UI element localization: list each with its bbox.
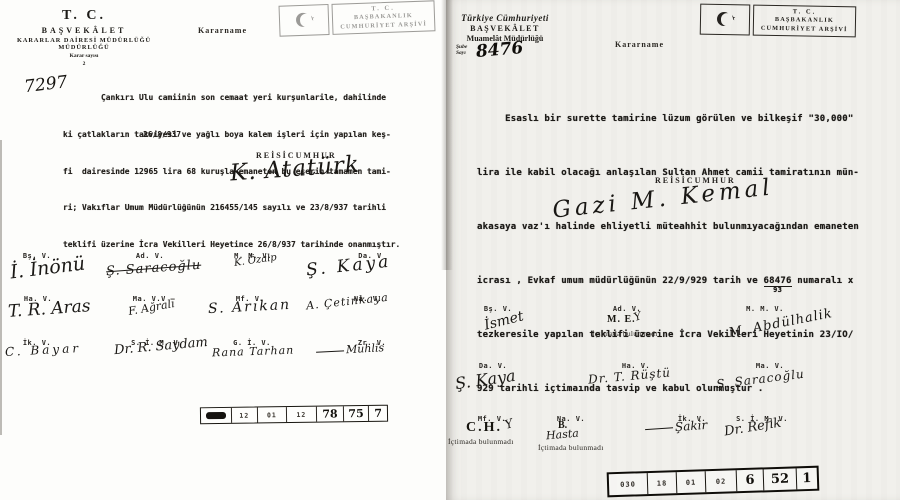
body-line: teklifi üzerine İcra Vekilleri Heyetince… [63, 239, 400, 251]
ink-blob [206, 412, 226, 419]
body-line: Esaslı bir surette tamirine lüzum görüle… [477, 110, 859, 128]
body-line: Çankırı Ulu camiinin son cemaat yeri kur… [63, 92, 400, 104]
strip-cell-handwritten: 52 [764, 468, 798, 490]
body-line: 929 tarihli içtimaında tasvip ve kabul o… [477, 380, 859, 398]
scan-edge-artifact [0, 140, 2, 435]
kararname-heading-right: Kararname [615, 40, 664, 49]
stamp-line2: CUMHURİYET ARŞİVİ [761, 24, 848, 34]
archive-stamp-left: ★ T. C. BAŞBAKANLIK CUMHURİYET ARŞİVİ [279, 0, 436, 36]
registry-strip-left: 12 01 12 78 75 7 [200, 405, 388, 425]
ink-mark [201, 408, 232, 423]
decree-date: 26/8/937 [143, 130, 181, 139]
absence-note: İçtimada bulunmadı [592, 329, 658, 338]
archive-stamp-text: T. C. BAŞBAKANLIK CUMHURİYET ARŞİVİ [331, 0, 435, 34]
karar-sayisi-label: Karar sayısı [8, 53, 160, 59]
strip-cell: 01 [258, 407, 287, 422]
strip-cell: 12 [231, 408, 258, 423]
absence-note: İçtimada bulunmadı [448, 437, 514, 446]
minister-typed-initials: C.H. [466, 420, 502, 436]
letterhead-country: Türkiye Cümhuriyeti [438, 13, 572, 23]
minister-typed-initials: M. E. [607, 314, 636, 325]
reference-number-fraction: 6847693 [764, 272, 792, 290]
strip-cell-handwritten: 78 [317, 406, 344, 421]
minister-title: M. M. V. [725, 305, 805, 313]
minister-title: Bş. V. [458, 305, 538, 313]
letterhead-sub: MÜDÜRLÜĞÜ [8, 44, 160, 51]
right-letterhead: Türkiye Cümhuriyeti BAŞVEKÂLET Muamelât … [438, 13, 572, 56]
line-pre: icrası , Evkaf umum müdürlüğünün 22/9/92… [477, 276, 764, 286]
absence-note: İçtimada bulunmadı [538, 443, 604, 452]
strip-cell: 01 [677, 471, 707, 493]
strip-cell: 030 [609, 473, 649, 495]
body-line: tezkeresile yapılan teklifi üzerine İcra… [477, 326, 859, 344]
strip-cell: 12 [287, 407, 318, 422]
body-line: ki çatlakların takviyesi ve yağlı boya k… [63, 129, 400, 141]
strip-cell: 18 [648, 472, 678, 494]
letterhead-org: BAŞVEKÂLET [438, 24, 572, 33]
sube-sayi-block: Şube Sayı 8476 [438, 44, 572, 56]
kararname-heading-left: Kararname [198, 26, 247, 35]
archive-stamp-text: T. C. BAŞBAKANLIK CUMHURİYET ARŞİVİ [753, 5, 856, 37]
minister-title: Na. V. [531, 415, 611, 423]
strip-cell: 02 [706, 470, 738, 492]
crescent-star-icon: ★ [700, 4, 751, 35]
strip-cell-handwritten: 75 [344, 406, 370, 421]
strip-cell-handwritten: 6 [737, 469, 765, 491]
strip-cell-handwritten: 7 [369, 406, 387, 421]
letterhead-dept: KARARLAR DAİRESİ MÜDÜRLÜĞÜ [8, 37, 160, 44]
strip-cell-handwritten: 1 [797, 468, 818, 490]
body-line: akasaya vaz'ı halinde ehliyetli müteahhi… [477, 218, 859, 236]
letterhead-tc: T. C. [8, 8, 160, 24]
body-line: ri; Vakıflar Umum Müdürlüğünün 216455/14… [63, 202, 400, 214]
fraction-bottom: 93 [773, 281, 782, 299]
body-line-with-fraction: icrası , Evkaf umum müdürlüğünün 22/9/92… [477, 272, 859, 290]
handwritten-file-number: 8476 [475, 38, 524, 62]
minister-title: Ad. V. [587, 305, 667, 313]
archive-stamp-right: ★ T. C. BAŞBAKANLIK CUMHURİYET ARŞİVİ [700, 4, 856, 37]
crescent-star-icon: ★ [279, 4, 330, 36]
line-post: numaralı x [792, 276, 854, 286]
letterhead-org: BAŞVEKÂLET [8, 26, 160, 35]
